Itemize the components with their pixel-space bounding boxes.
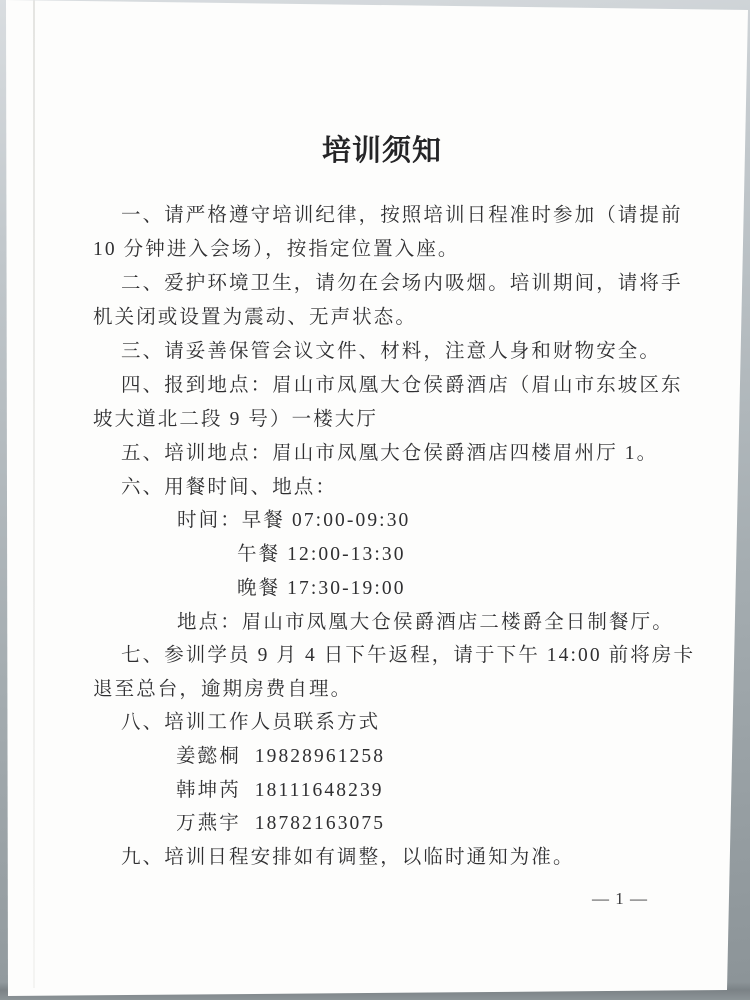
notice-line-2: 10 分钟进入会场），按指定位置入座。 [93, 238, 460, 262]
page-number: — 1 — [575, 889, 665, 909]
notice-line-20: 九、培训日程安排如有调整，以临时通知为准。 [121, 846, 575, 870]
notice-line-16: 八、培训工作人员联系方式 [121, 711, 380, 735]
notice-line-14: 七、参训学员 9 月 4 日下午返程，请于下午 14:00 前将房卡 [121, 644, 695, 668]
document-title: 培训须知 [100, 128, 664, 169]
notice-line-7: 坡大道北二段 9 号）一楼大厅 [93, 408, 378, 432]
notice-line-8: 五、培训地点：眉山市凤凰大仓侯爵酒店四楼眉州厅 1。 [121, 442, 658, 466]
notice-line-5: 三、请妥善保管会议文件、材料，注意人身和财物安全。 [121, 340, 661, 364]
notice-line-1: 一、请严格遵守培训纪律，按照培训日程准时参加（请提前 [121, 204, 683, 228]
meal-time-lunch: 午餐 12:00-13:30 [237, 543, 406, 567]
notice-line-9: 六、用餐时间、地点： [121, 476, 337, 500]
scan-left-edge [0, 0, 9, 1000]
notice-line-15: 退至总台，逾期房费自理。 [93, 678, 352, 702]
contact-2: 韩坤芮 18111648239 [176, 779, 384, 803]
meal-time-dinner: 晚餐 17:30-19:00 [237, 577, 406, 601]
contact-3: 万燕宇 18782163075 [176, 812, 385, 836]
meal-location: 地点：眉山市凤凰大仓侯爵酒店二楼爵全日制餐厅。 [177, 611, 674, 635]
paper-crease [33, 0, 35, 988]
notice-line-4: 机关闭或设置为震动、无声状态。 [93, 306, 417, 330]
scanned-document: { "doc": { "title": "培训须知", "lines": [ "… [0, 0, 750, 1000]
notice-line-3: 二、爱护环境卫生，请勿在会场内吸烟。培训期间，请将手 [121, 272, 683, 296]
scanned-page: 培训须知 一、请严格遵守培训纪律，按照培训日程准时参加（请提前 10 分钟进入会… [0, 0, 750, 1000]
notice-line-6: 四、报到地点：眉山市凤凰大仓侯爵酒店（眉山市东坡区东 [121, 374, 683, 398]
contact-1: 姜懿桐 19828961258 [176, 745, 385, 769]
meal-time-breakfast: 时间：早餐 07:00-09:30 [177, 509, 410, 533]
